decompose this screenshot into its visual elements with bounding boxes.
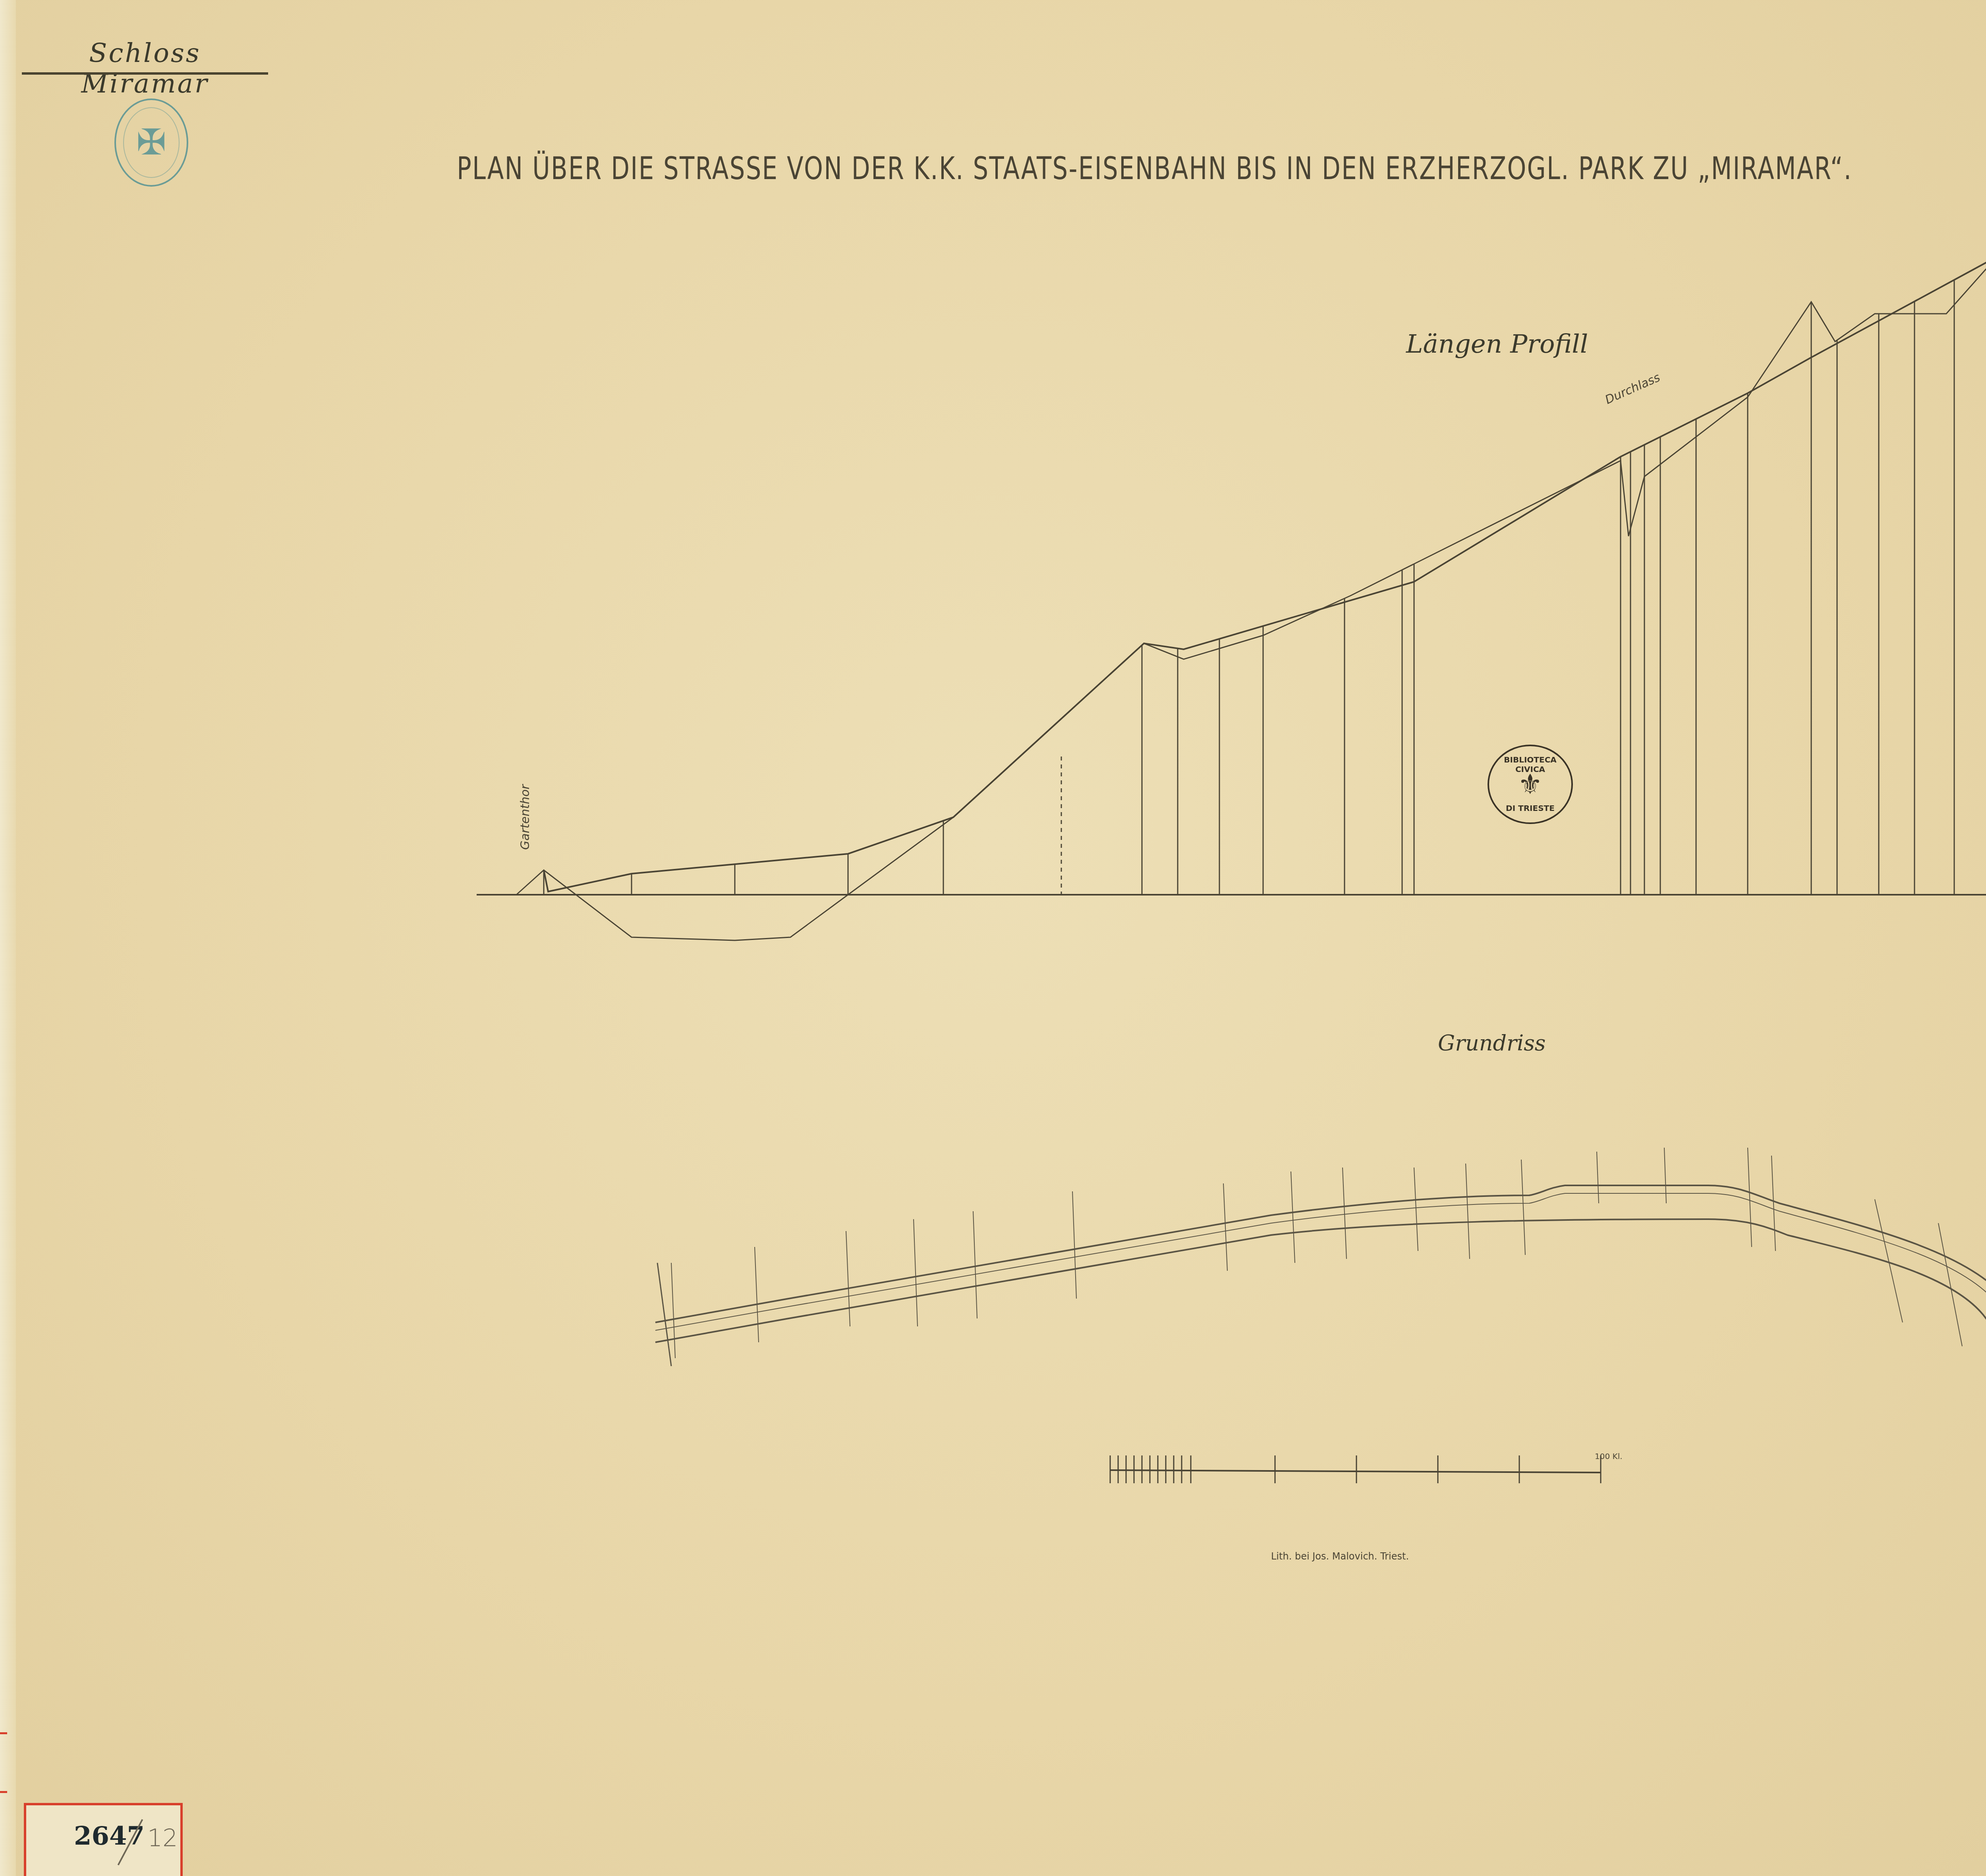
plan-station-tick [1772,1156,1775,1251]
catalog-label-box: 2647 12 [24,1803,183,1876]
plan-station-tick [1664,1148,1666,1203]
profile-ordinates [544,102,1986,895]
profile-terrain-line [516,102,1986,940]
plan-station-tick [1748,1148,1752,1247]
trieste-halberd-icon: ⚜ [1518,770,1543,798]
plan-station-tick [1521,1160,1525,1255]
lithographer-credit: Lith. bei Jos. Malovich. Triest. [1271,1551,1409,1562]
plan-station-tick [755,1247,759,1342]
technical-drawing [0,0,1986,1876]
library-stamp-bottom-text: DI TRIESTE [1489,803,1571,813]
garden-gate-label: Gartenthor [518,784,532,850]
catalog-subnumber: 12 [147,1824,178,1852]
plan-station-tick [1466,1164,1470,1259]
plan-road-edge-lower [655,1219,1986,1517]
profile-road-line [544,102,1986,892]
scale-bar-ticks [1110,1455,1601,1483]
plan-station-tick [1875,1199,1903,1322]
longitudinal-profile [477,102,1986,940]
plan-station-ticks [671,1148,1962,1358]
plan-station-tick [1597,1152,1599,1203]
plan-station-tick [671,1263,675,1358]
plan-station-tick [973,1211,977,1318]
plan-road-edge-upper [655,1185,1986,1505]
plan-station-tick [846,1231,850,1326]
scale-bar-line [1110,1470,1601,1473]
plan-road-outline [655,1185,1986,1692]
scale-bar [1110,1455,1601,1483]
plan-station-tick [1223,1183,1227,1271]
plan-station-tick [1343,1168,1347,1259]
plan-start-line [657,1263,671,1366]
library-stamp: BIBLIOTECA CIVICA ⚜ DI TRIESTE [1488,745,1573,824]
plan-station-tick [1072,1191,1076,1299]
plan-station-tick [1291,1172,1295,1263]
plan-station-tick [914,1219,918,1326]
scale-bar-unit-label: 100 Kl. [1595,1451,1623,1461]
plan-station-tick [1414,1168,1418,1251]
